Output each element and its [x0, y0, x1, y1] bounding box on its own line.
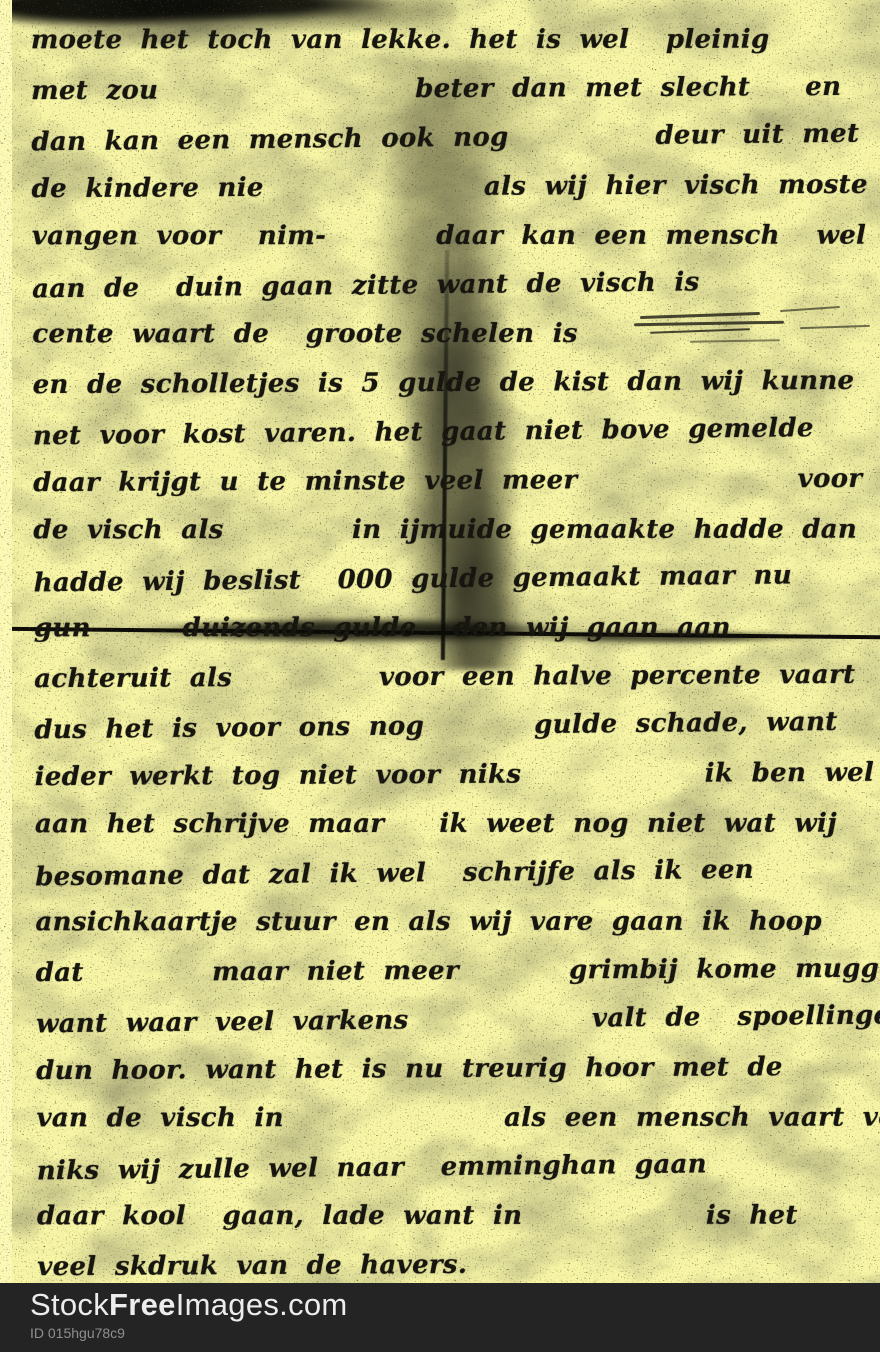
stock-photo-page: moete het toch van lekke. het is wel ple… — [0, 0, 880, 1352]
handwriting-line: dus het is voor ons nog gulde schade, wa… — [34, 697, 880, 755]
handwriting-line: ieder werkt tog niet voor niks ik ben we… — [35, 749, 880, 802]
handwriting-line: de kindere nie als wij hier visch moste — [32, 161, 878, 214]
handwriting-line: van de visch in als een mensch vaart voo… — [36, 1094, 880, 1144]
handwriting-line: achteruit als voor een halve percente va… — [34, 651, 880, 704]
handwriting-line: daar kool gaan, lade want in is het — [37, 1192, 880, 1242]
handwriting-line: want waar veel varkens valt de spoelling… — [36, 991, 880, 1049]
handwriting-line: dun hoor. want het is nu treurig hoor me… — [36, 1043, 880, 1096]
handwriting-line: daar krijgt u te minste veel meer voor — [33, 455, 879, 508]
handwriting-line: niks wij zulle wel naar emminghan gaan — [37, 1138, 880, 1196]
handwriting-line: dat maar niet meer grimbij kome mugge — [36, 945, 880, 998]
handwriting-line: net voor kost varen. het gaat niet bove … — [33, 403, 879, 461]
handwriting-line: vangen voor nim- daar kan een mensch wel — [32, 212, 878, 262]
handwriting-line: de visch als in ijmuide gemaakte hadde d… — [33, 506, 879, 556]
handwriting-line: cente waart de groote schelen is — [32, 310, 878, 360]
handwriting-line: aan het schrijve maar ik weet nog niet w… — [35, 800, 880, 850]
watermark-site-bold: Free — [109, 1287, 176, 1322]
watermark-bar: StockFreeImages.com ID 015hgu78c9 — [0, 1283, 880, 1352]
letter-paper: moete het toch van lekke. het is wel ple… — [0, 0, 880, 1283]
watermark-image-id: ID 015hgu78c9 — [30, 1324, 880, 1342]
handwriting-line: dan kan een mensch ook nog deur uit met — [31, 109, 877, 167]
handwriting-line: en de scholletjes is 5 gulde de kist dan… — [33, 357, 879, 410]
handwriting-line: aan de duin gaan zitte want de visch is — [32, 256, 878, 314]
handwriting-line: hadde wij beslist 000 gulde gemaakt maar… — [33, 550, 879, 608]
handwriting-line: veel skdruk van de havers. — [37, 1239, 880, 1283]
watermark-site-prefix: Stock — [30, 1287, 109, 1322]
handwriting-text: moete het toch van lekke. het is wel ple… — [0, 0, 880, 1283]
paper-edge-strip — [0, 0, 12, 1283]
handwriting-line: gun duizends gulde den wij gaan aan — [34, 604, 880, 654]
handwriting-line: ansichkaartje stuur en als wij vare gaan… — [35, 898, 880, 948]
handwriting-line: besomane dat zal ik wel schrijfe als ik … — [35, 844, 880, 902]
watermark-site-name: StockFreeImages.com — [30, 1287, 880, 1323]
handwriting-line: met zou beter dan met slecht en — [31, 63, 877, 116]
watermark-site-suffix: Images.com — [176, 1287, 348, 1322]
handwriting-line: moete het toch van lekke. het is wel ple… — [31, 16, 877, 66]
